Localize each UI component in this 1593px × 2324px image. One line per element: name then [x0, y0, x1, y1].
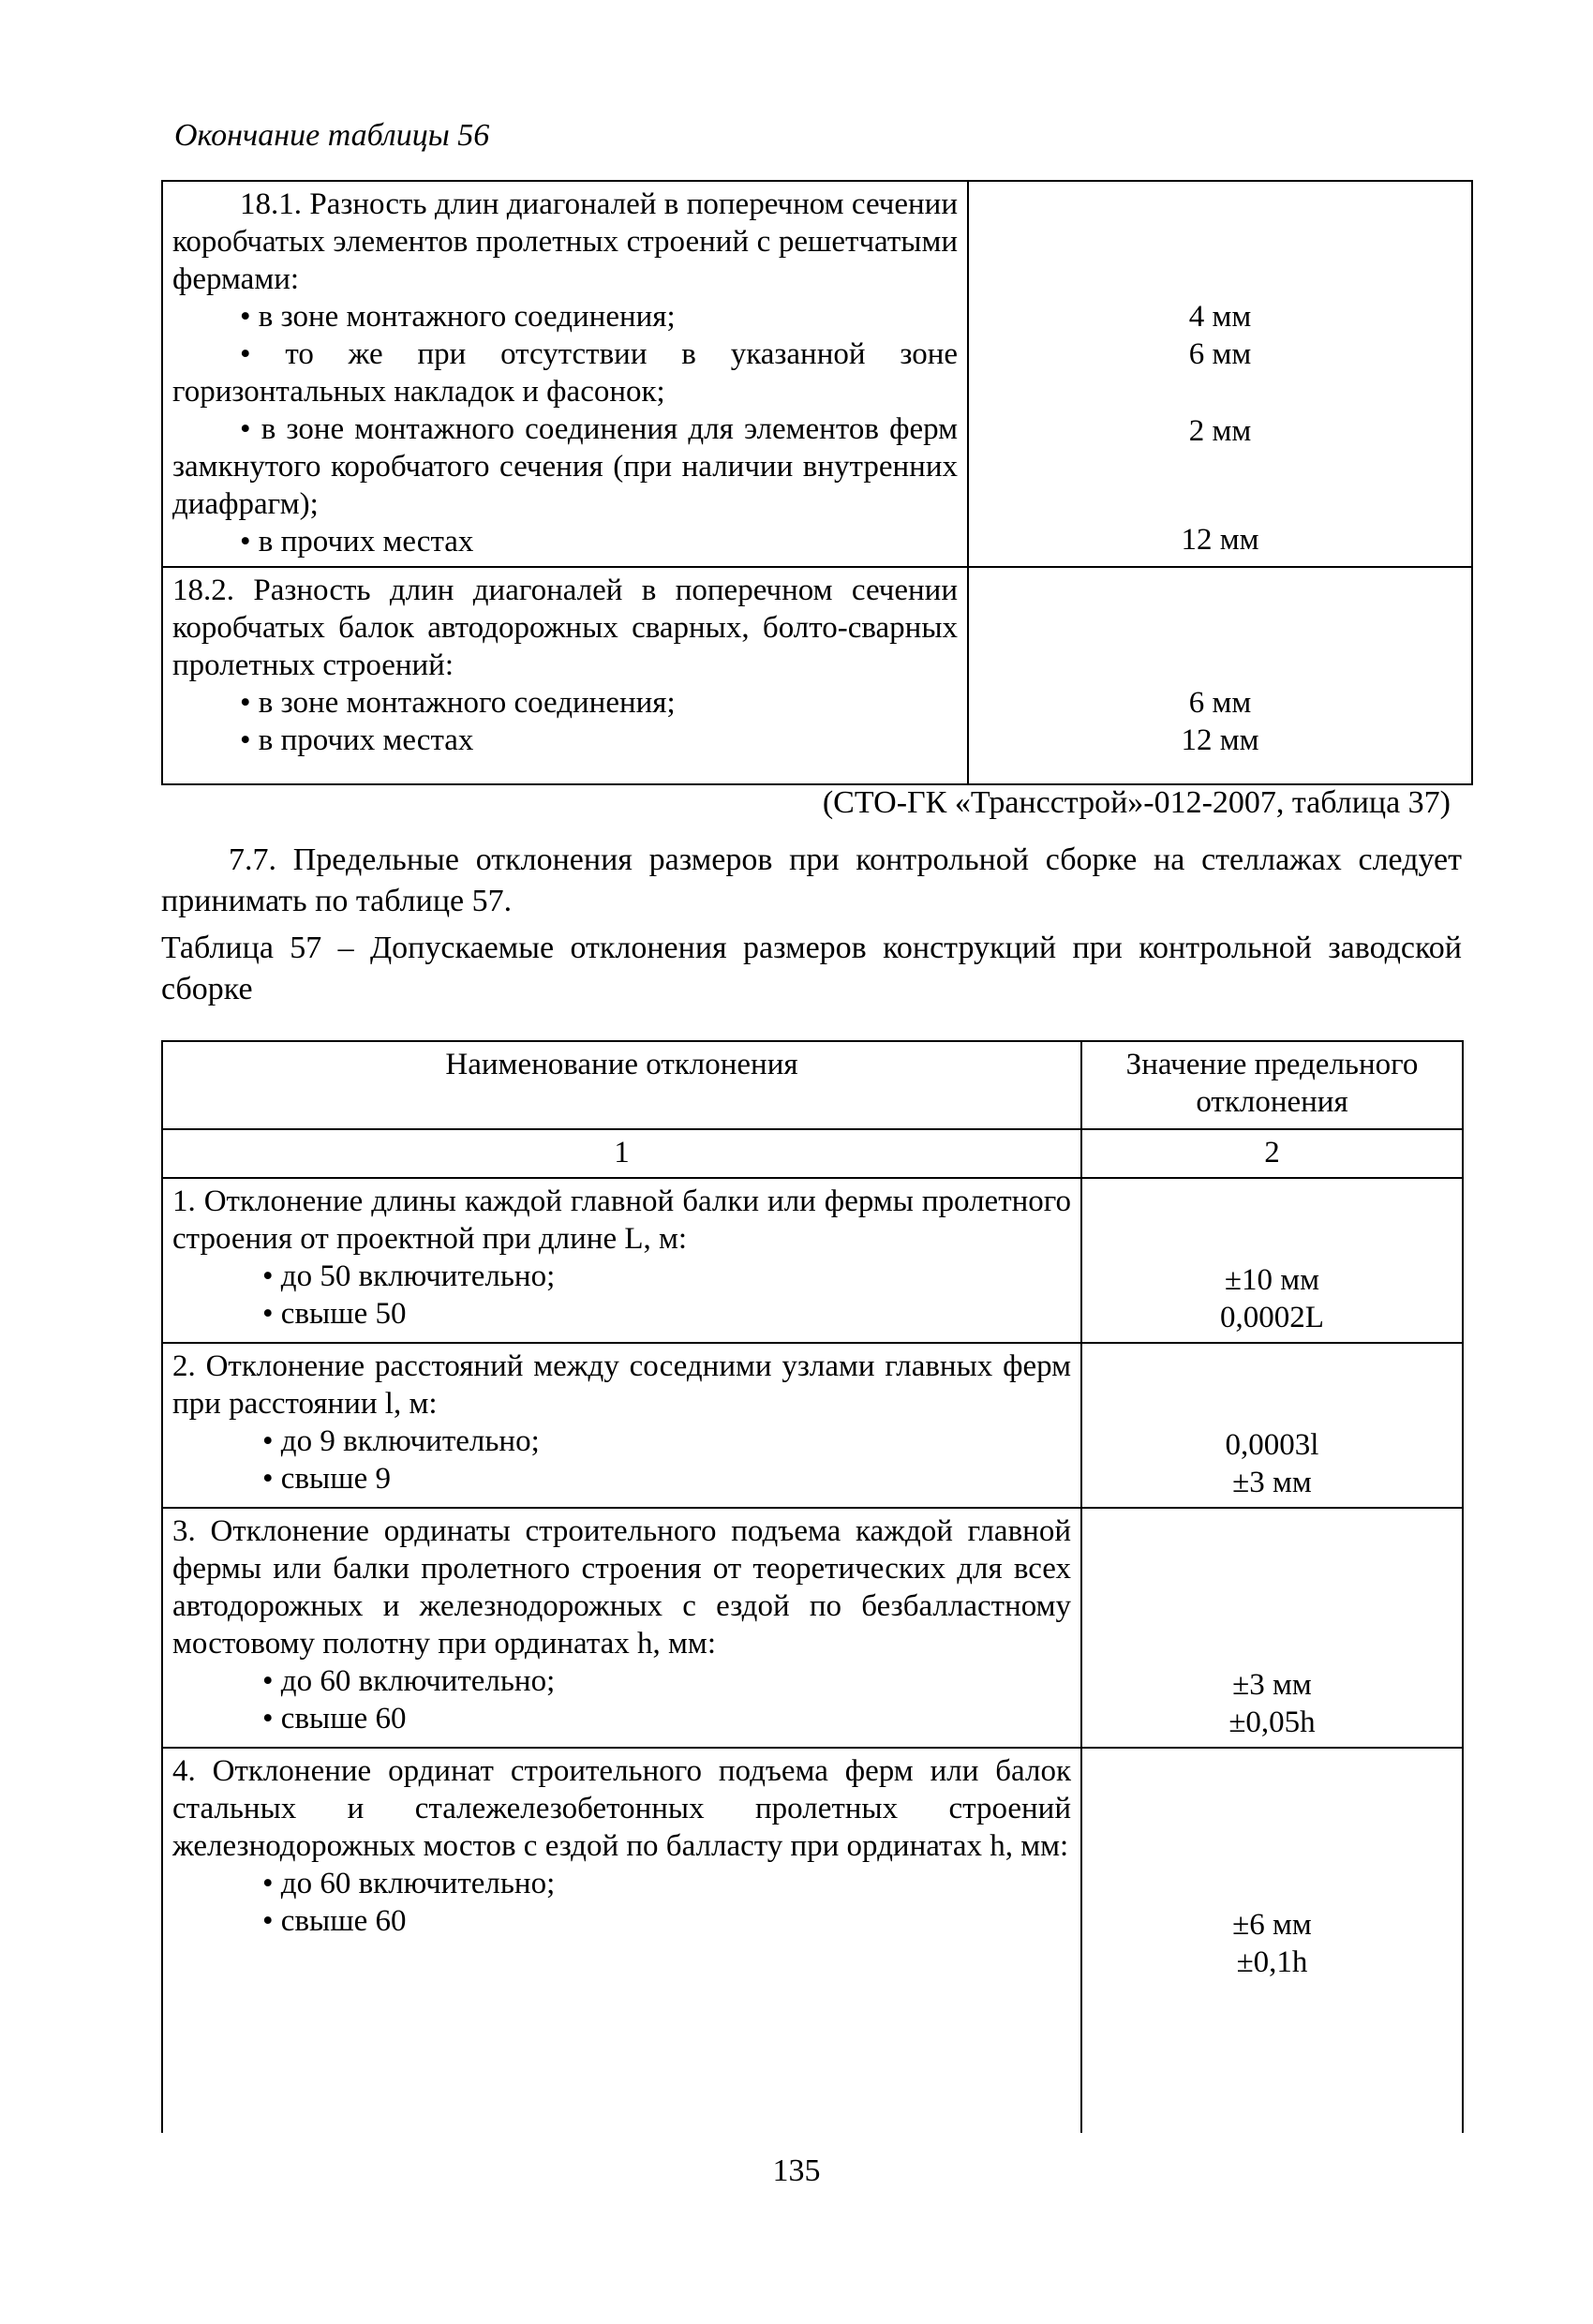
column-number: 2	[1081, 1129, 1463, 1178]
value: ±3 мм	[1092, 1666, 1452, 1704]
list-item: • в прочих местах	[172, 722, 958, 759]
deviation-value-cell: ±6 мм ±0,1h	[1081, 1748, 1463, 2133]
value: ±0,1h	[1092, 1944, 1452, 1981]
table-continuation-title: Окончание таблицы 56	[174, 118, 489, 154]
deviation-name-cell: 2. Отклонение расстояний между соседними…	[162, 1343, 1081, 1508]
value: ±10 мм	[1092, 1261, 1452, 1299]
value: 2 мм	[978, 412, 1462, 450]
list-item: • в зоне монтажного соединения для элеме…	[172, 410, 958, 523]
value: 0,0003l	[1092, 1426, 1452, 1464]
table-row: 18.1. Разность длин диагоналей в попереч…	[162, 181, 1472, 567]
row-intro: 18.2. Разность длин диагоналей в попереч…	[172, 572, 958, 684]
deviation-value-cell: 6 мм 12 мм	[968, 567, 1472, 784]
row-intro: 18.1. Разность длин диагоналей в попереч…	[172, 186, 958, 298]
list-item: • свыше 50	[172, 1295, 1071, 1333]
row-intro: 4. Отклонение ординат строительного подъ…	[172, 1752, 1071, 1865]
list-item: • свыше 9	[172, 1460, 1071, 1497]
deviation-value-cell: ±10 мм 0,0002L	[1081, 1178, 1463, 1343]
column-header: Наименование отклонения	[162, 1041, 1081, 1129]
source-reference: (СТО-ГК «Трансстрой»-012-2007, таблица 3…	[823, 785, 1451, 821]
value: 6 мм	[978, 335, 1462, 373]
value: 4 мм	[978, 298, 1462, 335]
deviation-name-cell: 4. Отклонение ординат строительного подъ…	[162, 1748, 1081, 2133]
table-57-caption: Таблица 57 – Допускаемые отклонения разм…	[161, 928, 1462, 1010]
list-item: • до 60 включительно;	[172, 1662, 1071, 1700]
row-intro: 3. Отклонение ординаты строительного под…	[172, 1512, 1071, 1662]
value: ±6 мм	[1092, 1906, 1452, 1944]
row-intro: 2. Отклонение расстояний между соседними…	[172, 1348, 1071, 1423]
value: 12 мм	[978, 521, 1462, 559]
deviation-value-cell: ±3 мм ±0,05h	[1081, 1508, 1463, 1748]
deviation-name-cell: 18.1. Разность длин диагоналей в попереч…	[162, 181, 968, 567]
value: ±3 мм	[1092, 1464, 1452, 1501]
row-intro: 1. Отклонение длины каждой главной балки…	[172, 1183, 1071, 1258]
column-number-row: 1 2	[162, 1129, 1463, 1178]
deviation-name-cell: 3. Отклонение ординаты строительного под…	[162, 1508, 1081, 1748]
list-item: • свыше 60	[172, 1700, 1071, 1737]
paragraph-7-7: 7.7. Предельные отклонения размеров при …	[161, 840, 1462, 922]
table-56: 18.1. Разность длин диагоналей в попереч…	[161, 180, 1473, 785]
value: 6 мм	[978, 684, 1462, 722]
deviation-name-cell: 18.2. Разность длин диагоналей в попереч…	[162, 567, 968, 784]
deviation-name-cell: 1. Отклонение длины каждой главной балки…	[162, 1178, 1081, 1343]
table-header-row: Наименование отклонения Значение предель…	[162, 1041, 1463, 1129]
list-item: • свыше 60	[172, 1902, 1071, 1940]
list-item: • в зоне монтажного соединения;	[172, 684, 958, 722]
table-row: 18.2. Разность длин диагоналей в попереч…	[162, 567, 1472, 784]
value: 12 мм	[978, 722, 1462, 759]
list-item: • в зоне монтажного соединения;	[172, 298, 958, 335]
page-number: 135	[0, 2153, 1593, 2189]
list-item: • до 9 включительно;	[172, 1423, 1071, 1460]
list-item: • до 60 включительно;	[172, 1865, 1071, 1902]
column-number: 1	[162, 1129, 1081, 1178]
value: ±0,05h	[1092, 1704, 1452, 1741]
value: 0,0002L	[1092, 1299, 1452, 1336]
list-item: • до 50 включительно;	[172, 1258, 1071, 1295]
deviation-value-cell: 0,0003l ±3 мм	[1081, 1343, 1463, 1508]
table-row: 2. Отклонение расстояний между соседними…	[162, 1343, 1463, 1508]
list-item: • то же при отсутствии в указанной зоне …	[172, 335, 958, 410]
column-header: Значение предельного отклонения	[1081, 1041, 1463, 1129]
list-item: • в прочих местах	[172, 523, 958, 560]
deviation-value-cell: 4 мм 6 мм 2 мм 12 мм	[968, 181, 1472, 567]
table-row: 1. Отклонение длины каждой главной балки…	[162, 1178, 1463, 1343]
table-row: 3. Отклонение ординаты строительного под…	[162, 1508, 1463, 1748]
table-57: Наименование отклонения Значение предель…	[161, 1040, 1464, 2133]
table-row: 4. Отклонение ординат строительного подъ…	[162, 1748, 1463, 2133]
